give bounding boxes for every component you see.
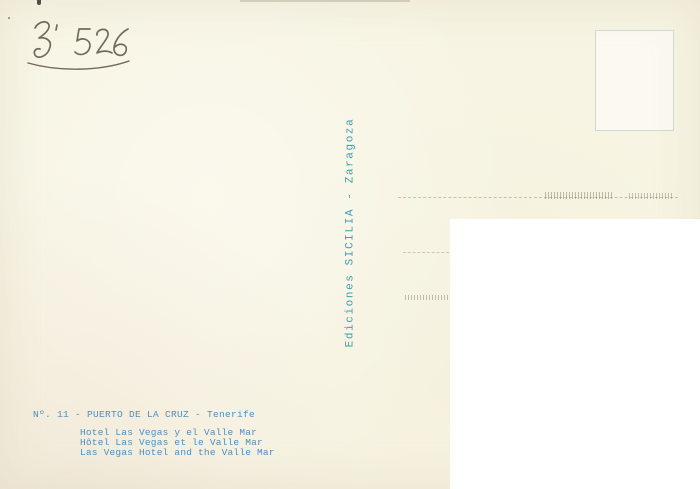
address-line-remnant	[405, 295, 452, 300]
postcard-back: Z 526 Ediciones SICILIA - Zaragoza Nº. 1…	[0, 0, 700, 489]
paper-speck	[37, 0, 41, 5]
address-line-remnant	[403, 252, 449, 253]
paper-speck	[8, 17, 10, 19]
handwritten-apostrophe	[56, 25, 57, 30]
handwritten-digit-5	[75, 29, 90, 54]
caption-title-block: Hotel Las Vegas y el Valle Mar Hôtel Las…	[80, 428, 275, 458]
print-ticks	[545, 192, 612, 199]
handwritten-digit-6	[114, 29, 128, 55]
edge-smudge	[240, 0, 410, 2]
caption-line-en: Las Vegas Hotel and the Valle Mar	[80, 448, 275, 458]
handwritten-digit-2	[97, 29, 112, 53]
handwritten-number	[0, 0, 160, 90]
handwritten-underline	[28, 61, 129, 69]
print-ticks	[629, 193, 673, 199]
white-overlay	[450, 219, 700, 489]
handwritten-z-glyph	[34, 22, 50, 57]
publisher-imprint: Ediciones SICILIA - Zaragoza	[345, 118, 360, 348]
stamp-box	[595, 30, 674, 131]
caption-number-line: Nº. 11 - PUERTO DE LA CRUZ - Tenerife	[33, 409, 255, 420]
